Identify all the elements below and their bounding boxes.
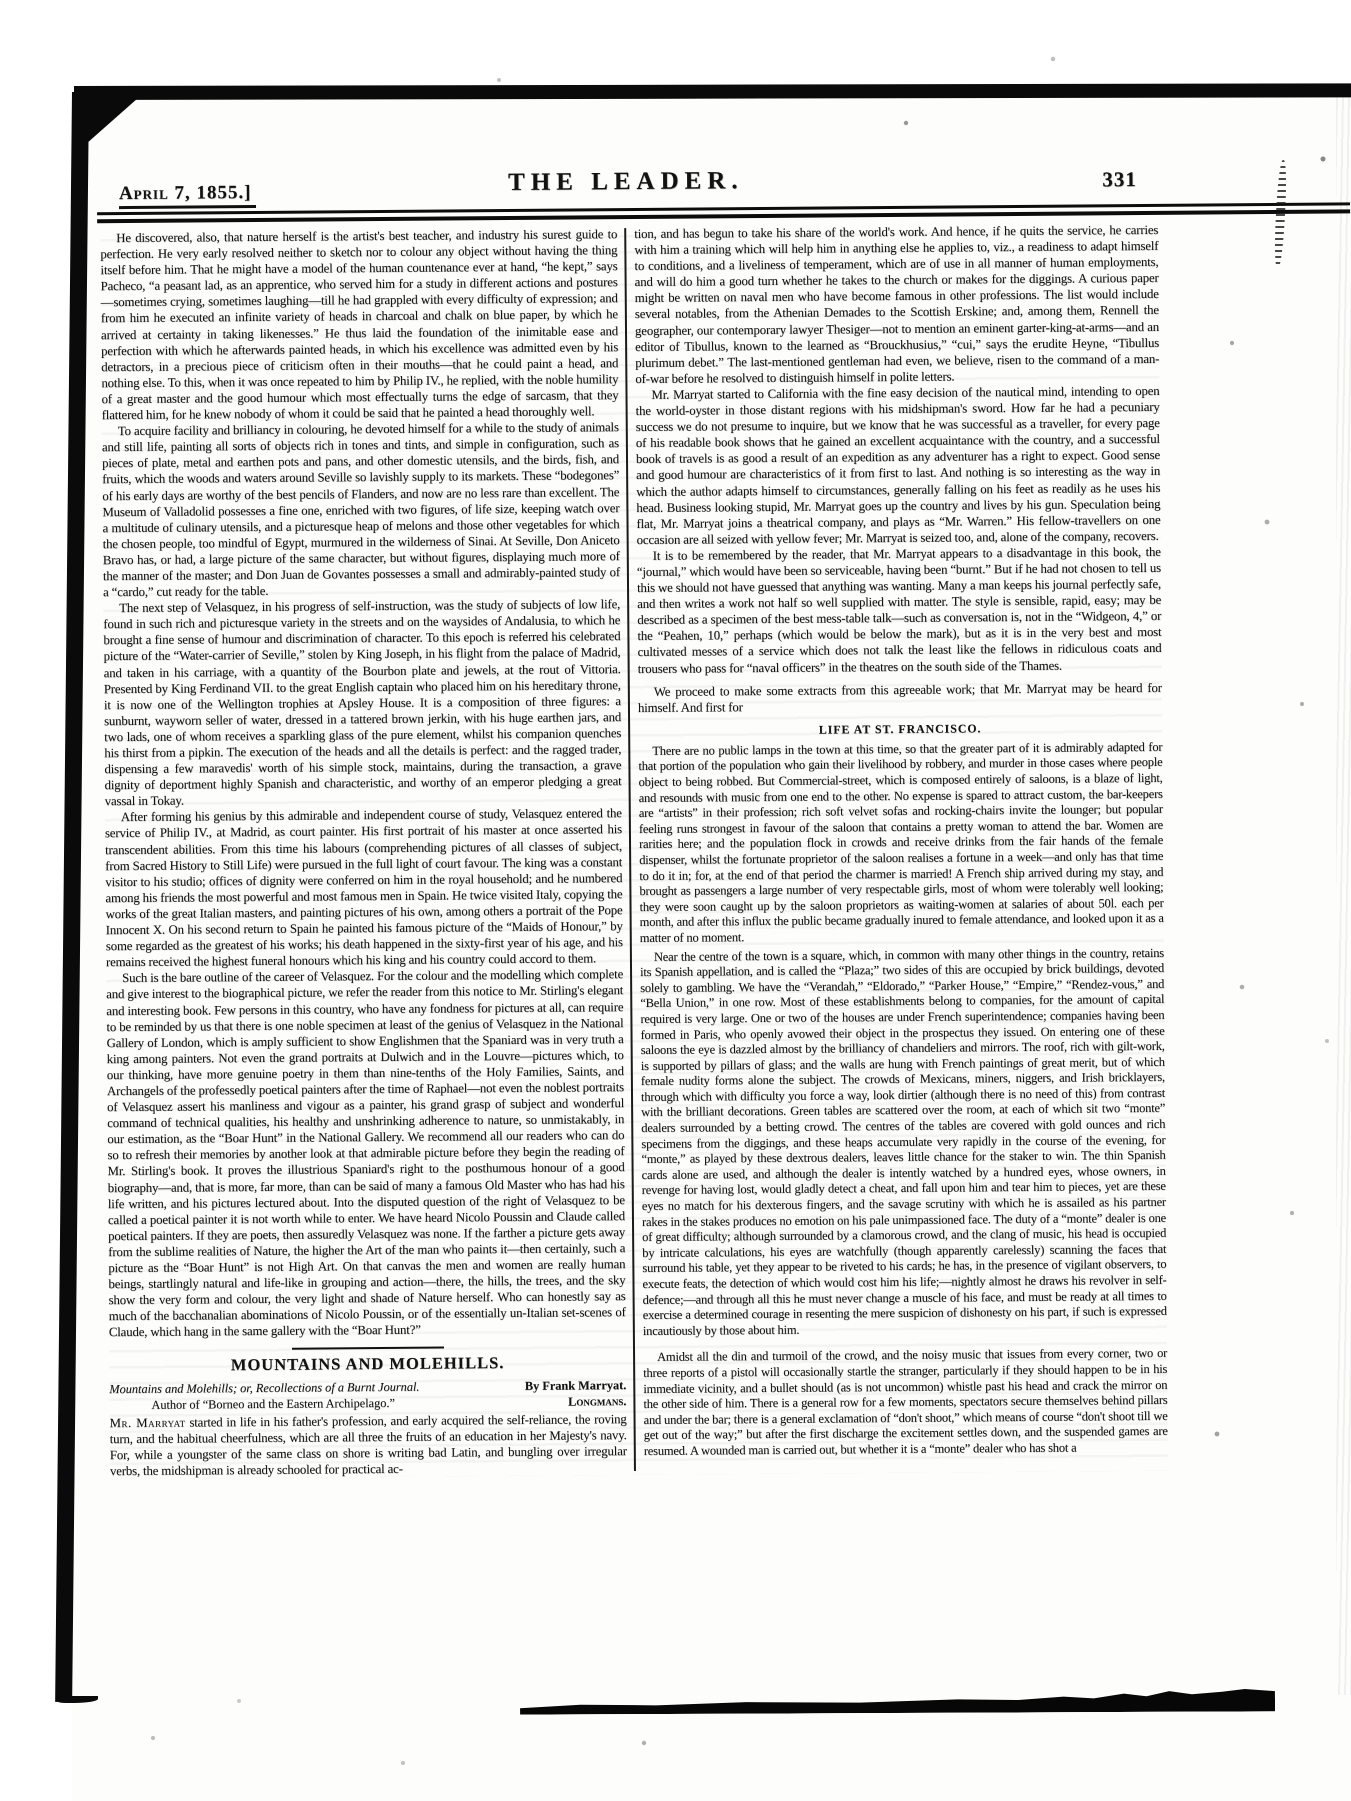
page-scan-edge-top xyxy=(74,83,1351,100)
velasquez-paragraph: After forming his genius by this admirab… xyxy=(105,806,623,971)
review-lead-smallcaps: Mr. Marryat xyxy=(110,1415,186,1430)
review-opening-paragraph: Mr. Marryat started in life in his fathe… xyxy=(110,1411,627,1479)
scan-noise-specks xyxy=(0,0,2,2)
velasquez-paragraph: The next step of Velasquez, in his progr… xyxy=(103,596,622,809)
right-column: tion, and has begun to take his share of… xyxy=(634,222,1168,1475)
marryat-paragraph: tion, and has begun to take his share of… xyxy=(634,222,1159,387)
velasquez-paragraph: He discovered, also, that nature herself… xyxy=(100,226,619,423)
marryat-paragraph: It is to be remembered by the reader, th… xyxy=(637,544,1162,677)
section-heading: MOUNTAINS AND MOLEHILLS. xyxy=(109,1353,626,1377)
extract-paragraph: Amidst all the din and turmoil of the cr… xyxy=(643,1346,1168,1459)
book-citation: Mountains and Molehills; or, Recollectio… xyxy=(109,1379,626,1413)
scan-edge-streaks xyxy=(1336,95,1351,1695)
extract-paragraph: There are no public lamps in the town at… xyxy=(638,740,1164,947)
citation-byline: By Frank Marryat. xyxy=(517,1379,627,1395)
page-columns: He discovered, also, that nature herself… xyxy=(100,222,1168,1480)
review-opening-text: started in life in his father's professi… xyxy=(110,1412,627,1478)
extract-intro: We proceed to make some extracts from th… xyxy=(638,680,1162,716)
velasquez-paragraph: Such is the bare outline of the career o… xyxy=(106,966,626,1340)
section-rule xyxy=(291,1347,443,1350)
citation-line-2: Author of “Borneo and the Eastern Archip… xyxy=(109,1394,626,1413)
marryat-paragraph: Mr. Marryat started to California with t… xyxy=(635,383,1160,548)
citation-publisher: Longmans. xyxy=(568,1394,626,1410)
extract-block: There are no public lamps in the town at… xyxy=(638,740,1168,1460)
left-column: He discovered, also, that nature herself… xyxy=(100,226,627,1479)
printed-page-content: April 7, 1855.] THE LEADER. 331 He disco… xyxy=(97,164,1351,1479)
velasquez-paragraph: To acquire facility and brilliancy in co… xyxy=(102,419,620,600)
extract-heading: LIFE AT ST. FRANCISCO. xyxy=(638,720,1162,739)
page-number: 331 xyxy=(987,167,1151,193)
citation-author: Author of “Borneo and the Eastern Archip… xyxy=(151,1396,395,1413)
extract-paragraph: Near the centre of the town is a square,… xyxy=(640,945,1167,1339)
